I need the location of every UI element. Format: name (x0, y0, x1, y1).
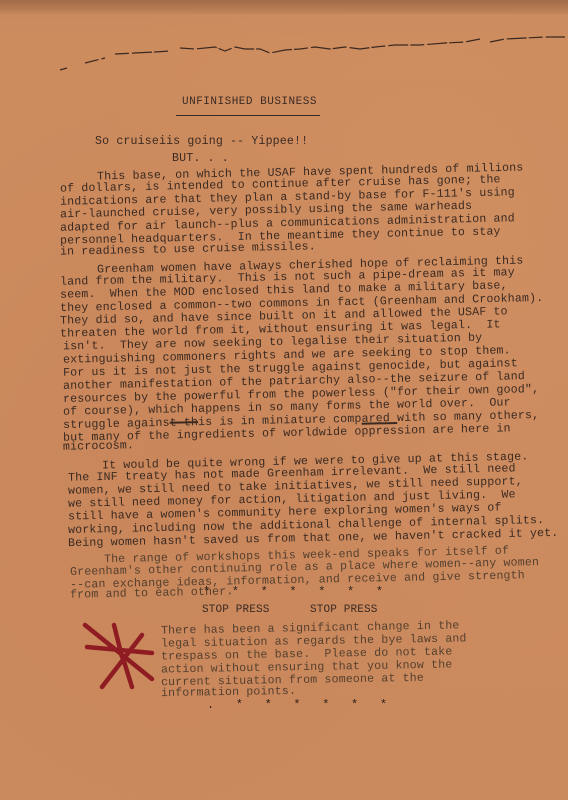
separator-top: * * * * * * * (203, 585, 383, 599)
struck-text: t th (170, 416, 199, 430)
title-underline (176, 115, 320, 116)
paper-fold-shadow (0, 0, 568, 14)
separator-bottom: . * * * * * * (207, 698, 387, 712)
red-star-icon (82, 617, 162, 697)
tear-line-icon (55, 25, 568, 75)
but-line: BUT. . . (172, 152, 229, 165)
document-page: UNFINISHED BUSINESS So cruiseiis going -… (0, 0, 568, 800)
stop-press-heading: STOP PRESS STOP PRESS (202, 604, 378, 617)
page-title: UNFINISHED BUSINESS (182, 96, 317, 108)
underlined-text: ared (361, 412, 397, 426)
p2-line-15: microcosm. (63, 439, 134, 453)
opening-line: So cruiseiis going -- Yippee!! (95, 135, 308, 148)
